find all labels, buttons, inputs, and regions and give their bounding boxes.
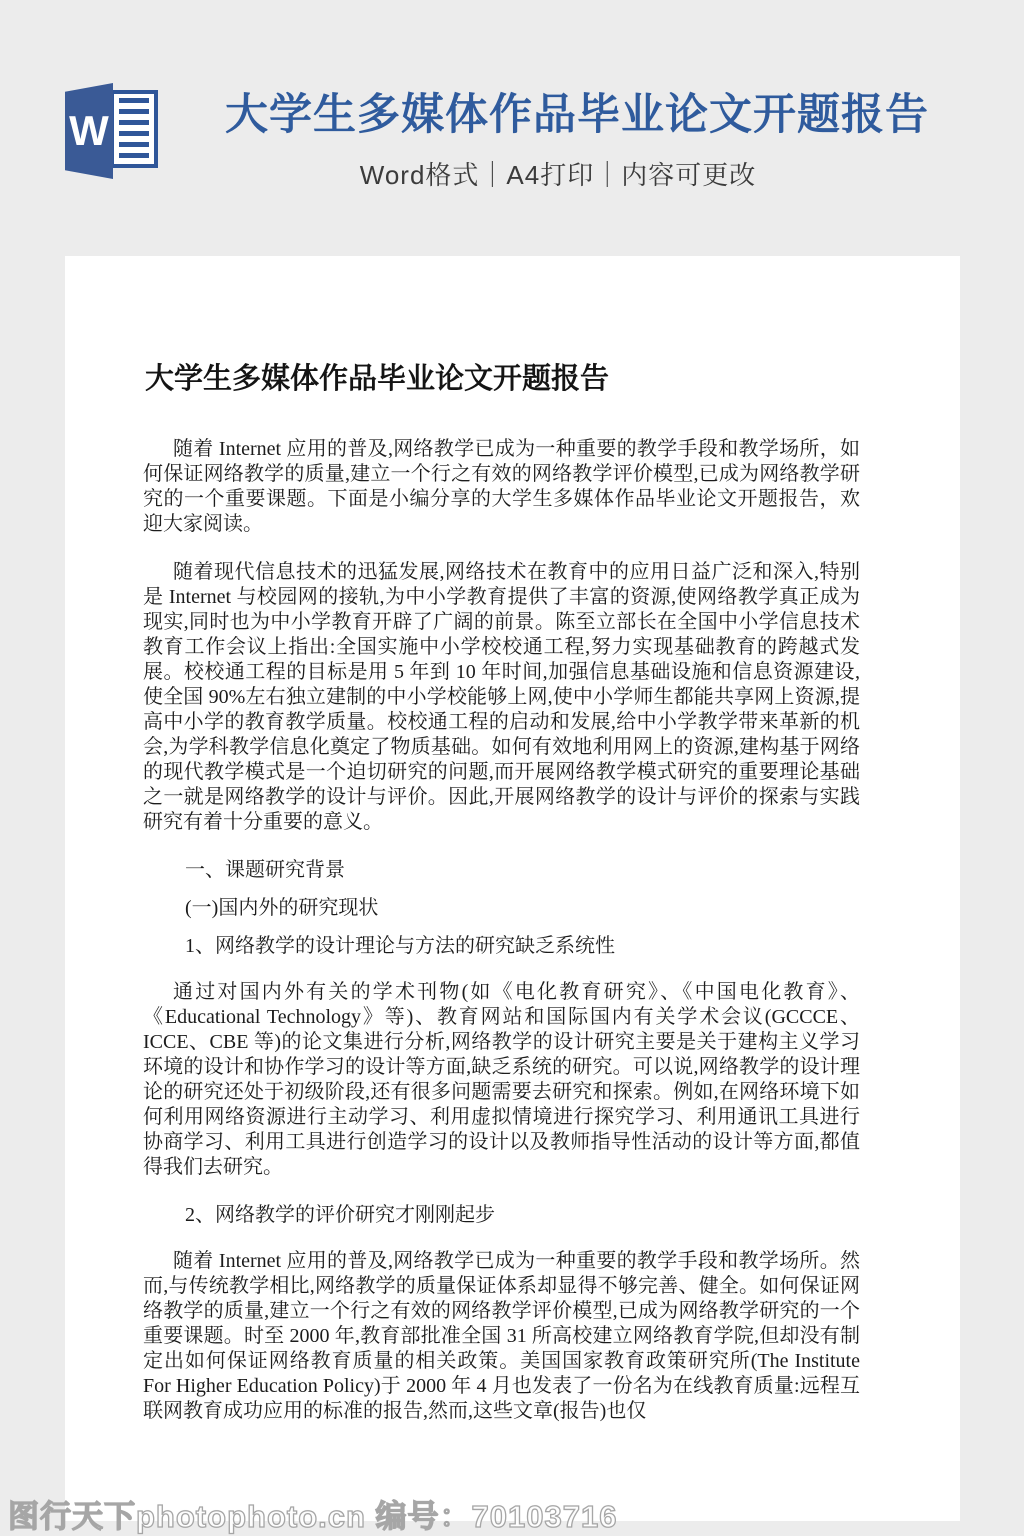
header: W 大学生多媒体作品毕业论文开题报告 Word格式｜A4打印｜内容可更改 [0, 0, 1024, 230]
word-letter: W [69, 110, 109, 152]
document-heading: (一)国内外的研究现状 [143, 896, 860, 921]
document-heading: 1、网络教学的设计理论与方法的研究缺乏系统性 [143, 934, 860, 959]
document-paragraph: 随着 Internet 应用的普及,网络教学已成为一种重要的教学手段和教学场所。… [143, 1249, 860, 1424]
document-content: 大学生多媒体作品毕业论文开题报告 随着 Internet 应用的普及,网络教学已… [143, 362, 860, 1521]
header-subtitle: Word格式｜A4打印｜内容可更改 [225, 155, 891, 192]
word-panel-icon: W [65, 82, 113, 180]
document-paragraph: 随着现代信息技术的迅猛发展,网络技术在教育中的应用日益广泛和深入,特别是 Int… [143, 560, 860, 835]
document-page: 大学生多媒体作品毕业论文开题报告 随着 Internet 应用的普及,网络教学已… [65, 256, 960, 1521]
page-background: W 大学生多媒体作品毕业论文开题报告 Word格式｜A4打印｜内容可更改 大学生… [0, 0, 1024, 1536]
watermark-text: 图行天下photophoto.cn 编号：70103716 [8, 1491, 617, 1536]
document-heading: 2、网络教学的评价研究才刚刚起步 [143, 1203, 860, 1228]
word-document-lines-icon [119, 98, 149, 160]
document-blocks: 随着 Internet 应用的普及,网络教学已成为一种重要的教学手段和教学场所，… [143, 437, 860, 1424]
header-title: 大学生多媒体作品毕业论文开题报告 [225, 92, 891, 139]
document-title: 大学生多媒体作品毕业论文开题报告 [145, 362, 860, 397]
document-paragraph: 随着 Internet 应用的普及,网络教学已成为一种重要的教学手段和教学场所，… [143, 437, 860, 537]
word-logo-icon: W [65, 82, 158, 180]
document-heading: 一、课题研究背景 [143, 858, 860, 883]
header-text-block: 大学生多媒体作品毕业论文开题报告 Word格式｜A4打印｜内容可更改 [225, 92, 891, 192]
document-paragraph: 通过对国内外有关的学术刊物(如《电化教育研究》、《中国电化教育》、《Educat… [143, 980, 860, 1180]
word-document-sheet-icon [110, 90, 158, 168]
